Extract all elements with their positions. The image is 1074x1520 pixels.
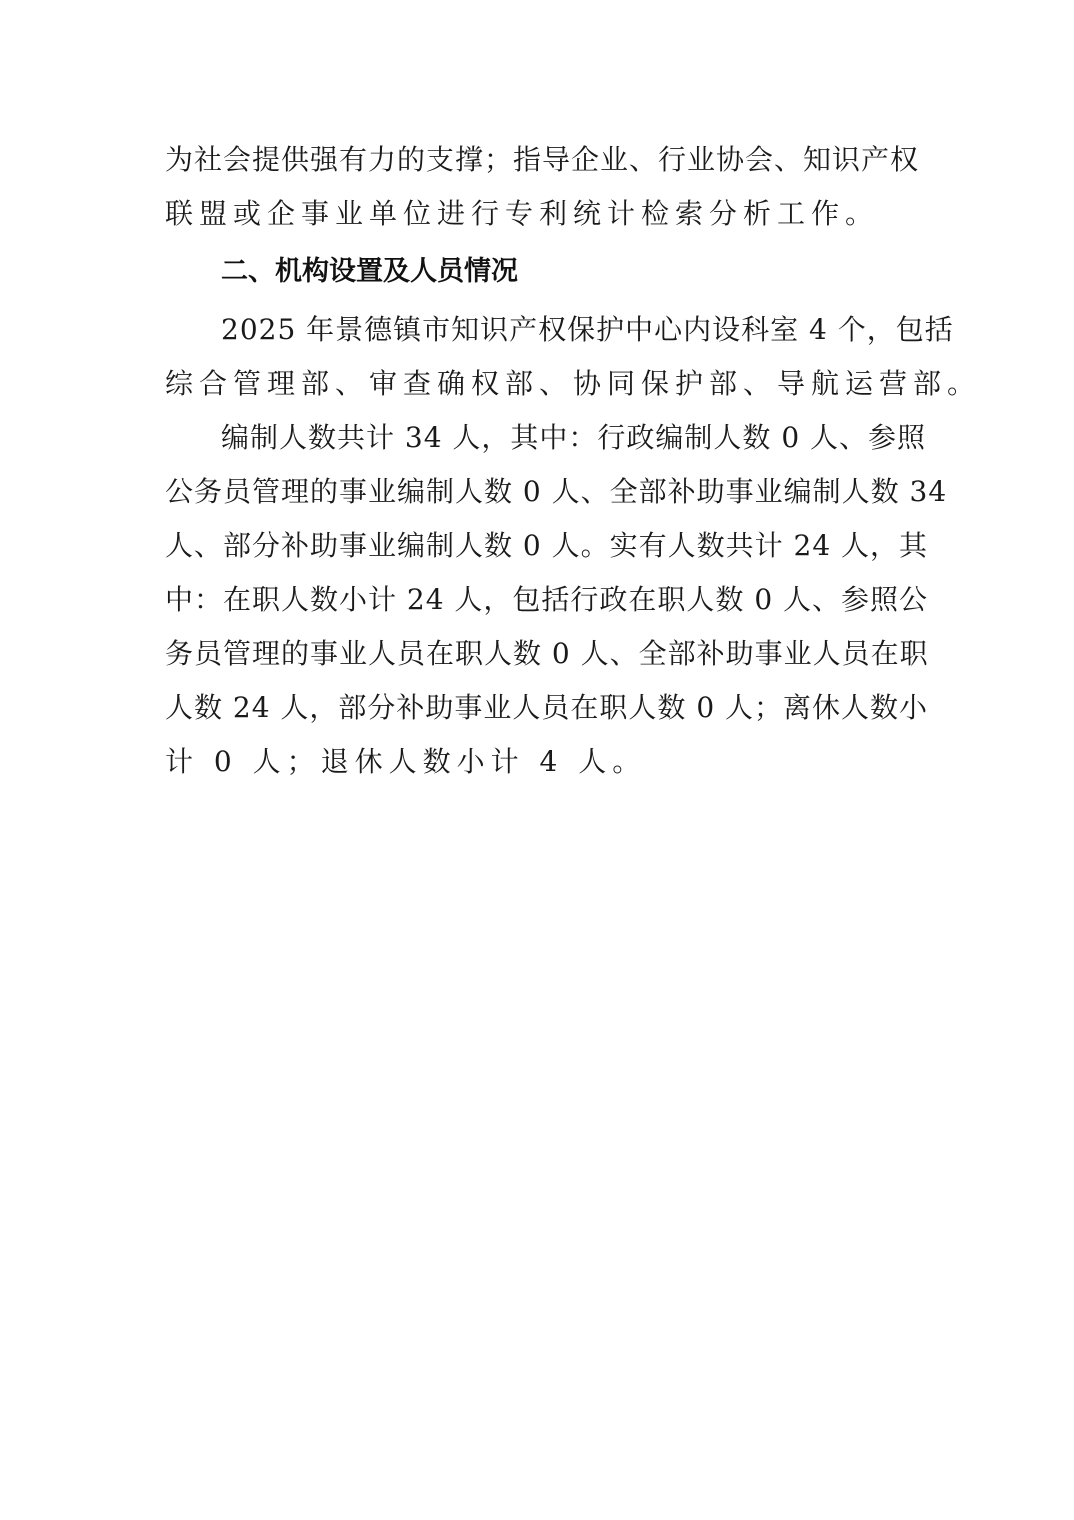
text-line: 人数 24 人，部分补助事业人员在职人数 0 人；离休人数小: [165, 686, 911, 740]
text-line: 人、部分补助事业编制人数 0 人。实有人数共计 24 人，其: [165, 524, 911, 578]
document-page: 为社会提供强有力的支撑；指导企业、行业协会、知识产权 联盟或企事业单位进行专利统…: [165, 138, 911, 794]
text-line: 公务员管理的事业编制人数 0 人、全部补助事业编制人数 34: [165, 470, 911, 524]
section-heading: 二、机构设置及人员情况: [165, 250, 911, 308]
text-line: 编制人数共计 34 人，其中：行政编制人数 0 人、参照: [165, 416, 911, 470]
paragraph-continuation: 为社会提供强有力的支撑；指导企业、行业协会、知识产权 联盟或企事业单位进行专利统…: [165, 138, 911, 246]
paragraph-departments: 2025 年景德镇市知识产权保护中心内设科室 4 个，包括 综合管理部、审查确权…: [165, 308, 911, 416]
text-line: 为社会提供强有力的支撑；指导企业、行业协会、知识产权: [165, 138, 911, 192]
text-line: 综合管理部、审查确权部、协同保护部、导航运营部。: [165, 362, 911, 416]
text-line: 联盟或企事业单位进行专利统计检索分析工作。: [165, 192, 911, 246]
text-line: 中：在职人数小计 24 人，包括行政在职人数 0 人、参照公: [165, 578, 911, 632]
text-line: 计 0 人；退休人数小计 4 人。: [165, 740, 911, 794]
paragraph-staffing: 编制人数共计 34 人，其中：行政编制人数 0 人、参照 公务员管理的事业编制人…: [165, 416, 911, 794]
text-line: 2025 年景德镇市知识产权保护中心内设科室 4 个，包括: [165, 308, 911, 362]
text-line: 务员管理的事业人员在职人数 0 人、全部补助事业人员在职: [165, 632, 911, 686]
